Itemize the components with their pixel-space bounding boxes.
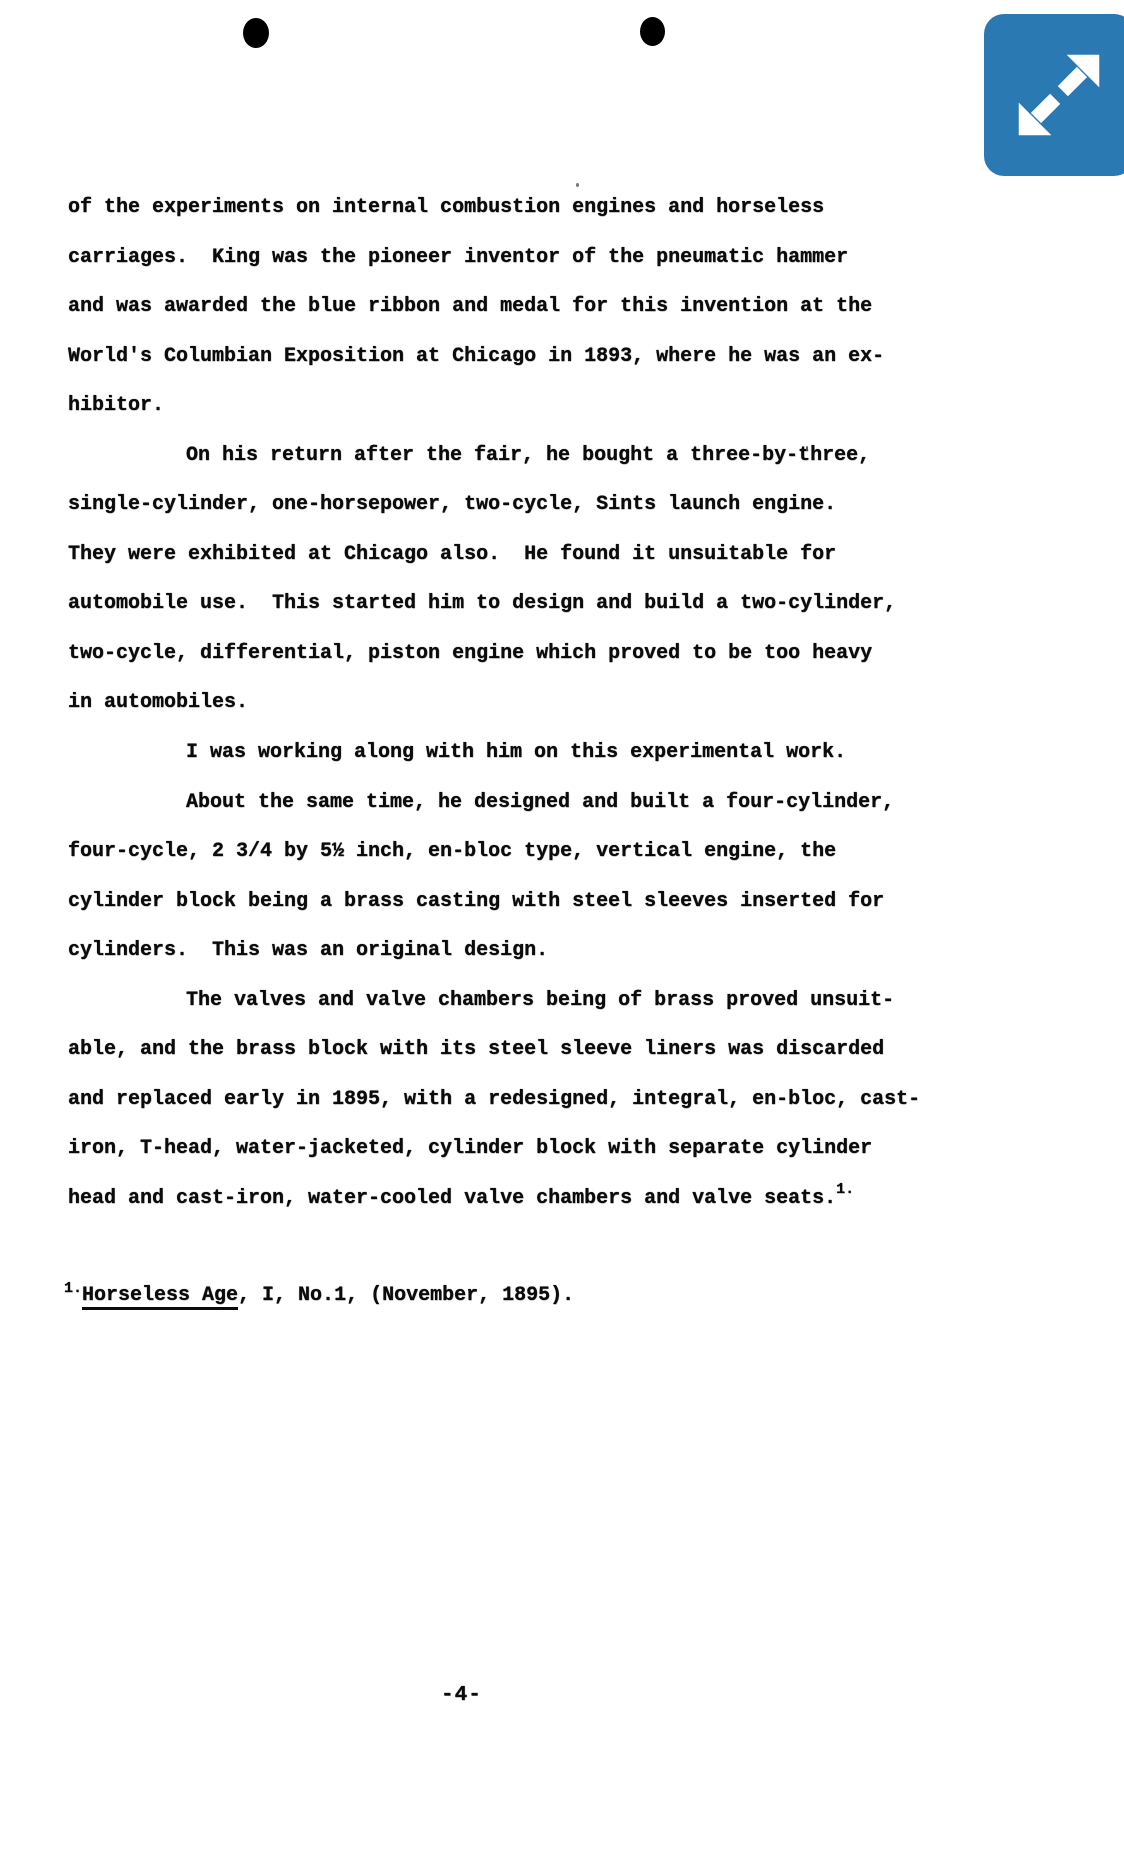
text-line: On his return after the fair, he bought … [68, 431, 920, 481]
page-number: -4- [441, 1684, 482, 1707]
footnote-marker: 1. [64, 1280, 82, 1297]
scan-speck [806, 446, 808, 451]
text-line: four-cycle, 2 3/4 by 5½ inch, en-bloc ty… [68, 827, 920, 877]
binding-hole [243, 18, 269, 48]
text-line: head and cast-iron, water-cooled valve c… [68, 1174, 920, 1224]
footnote-ref: 1. [836, 1181, 854, 1198]
text-line: and replaced early in 1895, with a redes… [68, 1075, 920, 1125]
text-line: hibitor. [68, 381, 920, 431]
text-line: and was awarded the blue ribbon and meda… [68, 282, 920, 332]
binding-hole [640, 17, 665, 46]
text-line: cylinder block being a brass casting wit… [68, 877, 920, 927]
text-line: able, and the brass block with its steel… [68, 1025, 920, 1075]
text-line: of the experiments on internal combustio… [68, 183, 920, 233]
text-line: About the same time, he designed and bui… [68, 778, 920, 828]
expand-arrows-icon [1013, 49, 1105, 141]
footnote: 1.Horseless Age, I, No.1, (November, 189… [64, 1284, 574, 1307]
text-line: in automobiles. [68, 678, 920, 728]
text-line: single-cylinder, one-horsepower, two-cyc… [68, 480, 920, 530]
text-line: cylinders. This was an original design. [68, 926, 920, 976]
footnote-title: Horseless Age [82, 1284, 238, 1310]
text-line: World's Columbian Exposition at Chicago … [68, 332, 920, 382]
text-line: They were exhibited at Chicago also. He … [68, 530, 920, 580]
text-line: automobile use. This started him to desi… [68, 579, 920, 629]
footnote-text: , I, No.1, (November, 1895). [238, 1284, 574, 1307]
text-line: two-cycle, differential, piston engine w… [68, 629, 920, 679]
text-line: I was working along with him on this exp… [68, 728, 920, 778]
text-line: iron, T-head, water-jacketed, cylinder b… [68, 1124, 920, 1174]
scan-speck [576, 183, 579, 187]
text-line: The valves and valve chambers being of b… [68, 976, 920, 1026]
expand-button[interactable] [984, 14, 1124, 176]
text-line: carriages. King was the pioneer inventor… [68, 233, 920, 283]
document-text: of the experiments on internal combustio… [68, 183, 920, 1223]
